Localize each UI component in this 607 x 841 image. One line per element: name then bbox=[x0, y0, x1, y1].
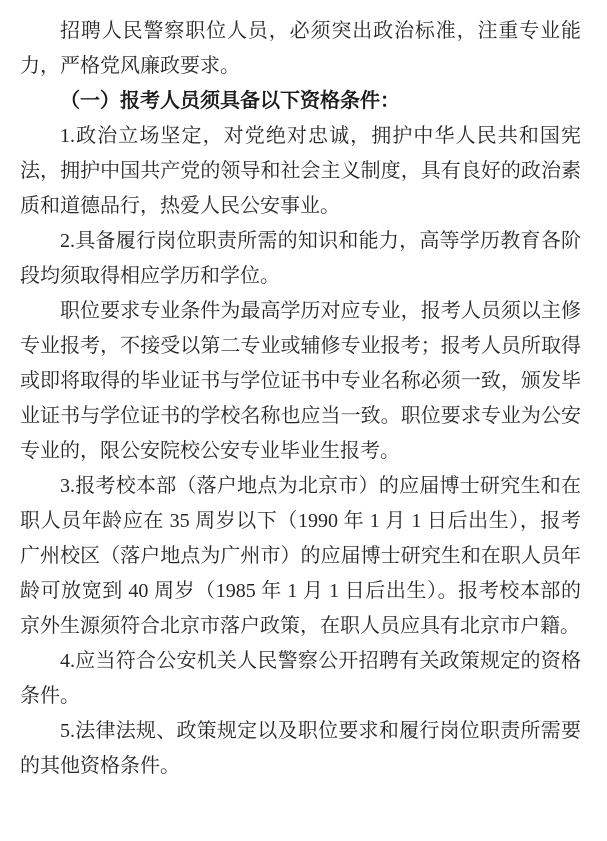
document-body: 招聘人民警察职位人员，必须突出政治标准，注重专业能力，严格党风廉政要求。 （一）… bbox=[20, 14, 581, 784]
document-page: 招聘人民警察职位人员，必须突出政治标准，注重专业能力，严格党风廉政要求。 （一）… bbox=[0, 0, 607, 841]
paragraph-item-4-police-policy: 4.应当符合公安机关人民警察公开招聘有关政策规定的资格条件。 bbox=[20, 644, 581, 714]
paragraph-item-2-knowledge-ability: 2.具备履行岗位职责所需的知识和能力，高等学历教育各阶段均须取得相应学历和学位。 bbox=[20, 224, 581, 294]
paragraph-major-requirements: 职位要求专业条件为最高学历对应专业，报考人员须以主修专业报考，不接受以第二专业或… bbox=[20, 294, 581, 469]
paragraph-intro: 招聘人民警察职位人员，必须突出政治标准，注重专业能力，严格党风廉政要求。 bbox=[20, 14, 581, 84]
section-heading-qualifications: （一）报考人员须具备以下资格条件： bbox=[20, 84, 581, 119]
paragraph-item-1-political-stance: 1.政治立场坚定，对党绝对忠诚，拥护中华人民共和国宪法，拥护中国共产党的领导和社… bbox=[20, 119, 581, 224]
paragraph-item-3-age-residency: 3.报考校本部（落户地点为北京市）的应届博士研究生和在职人员年龄应在 35 周岁… bbox=[20, 469, 581, 644]
paragraph-item-5-other-conditions: 5.法律法规、政策规定以及职位要求和履行岗位职责所需要的其他资格条件。 bbox=[20, 714, 581, 784]
